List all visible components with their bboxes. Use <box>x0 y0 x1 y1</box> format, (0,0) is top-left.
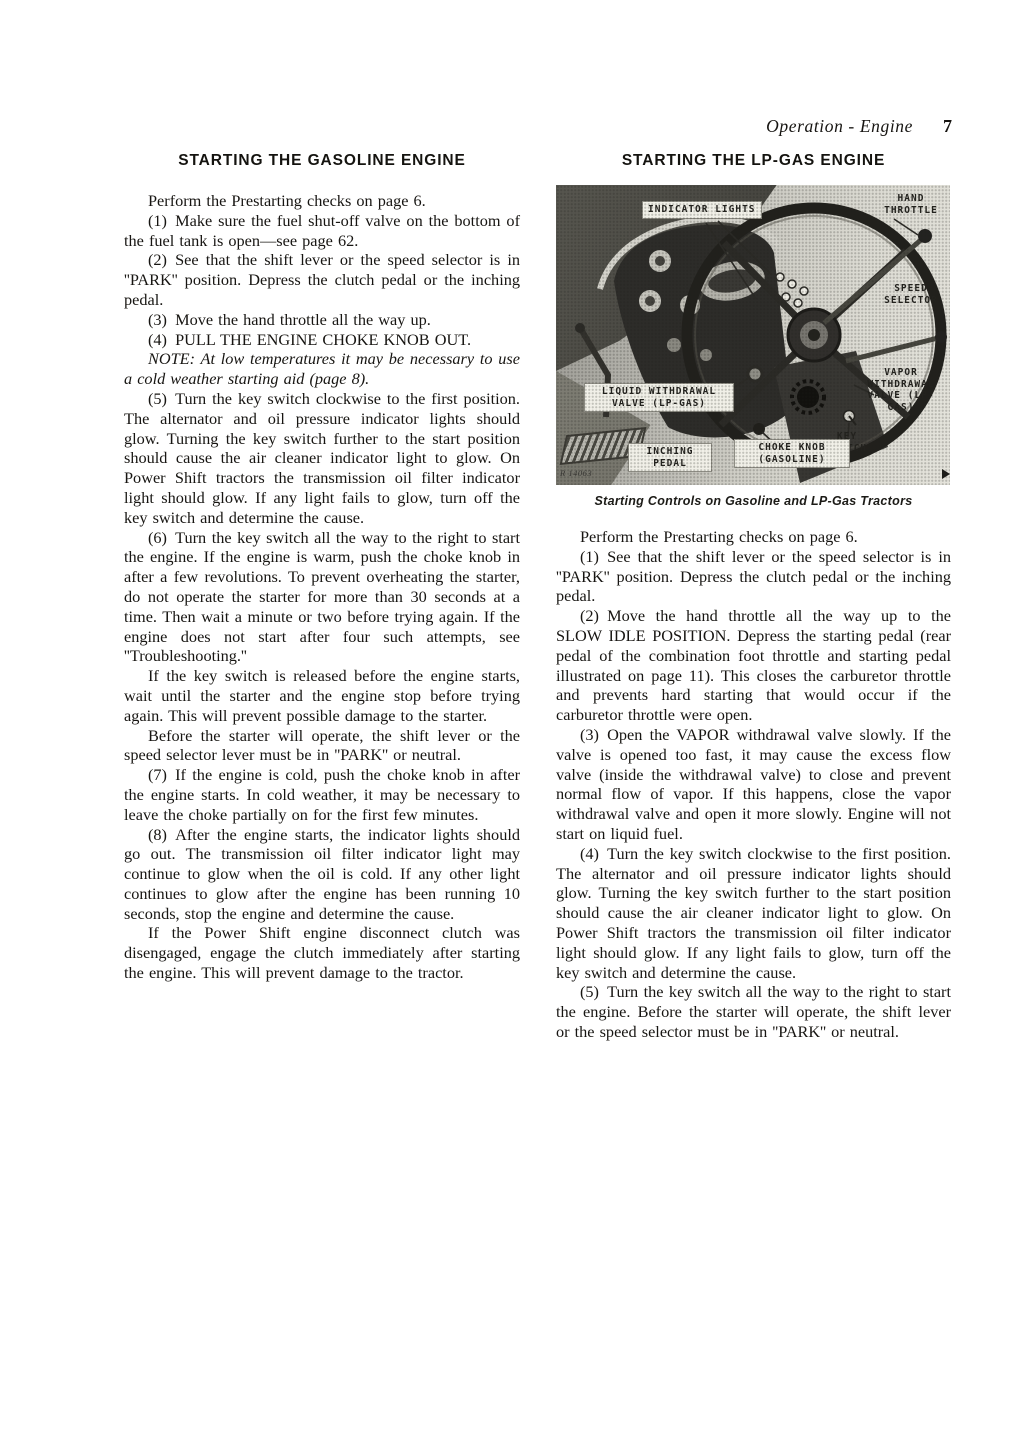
paragraph: (5) Turn the key switch all the way to t… <box>556 982 951 1041</box>
paragraph: (3) Open the VAPOR withdrawal valve slow… <box>556 725 951 844</box>
label-speed-selector: SPEED SELECTOR <box>872 283 950 306</box>
running-header: Operation - Engine7 <box>0 116 952 137</box>
paragraph: Perform the Prestarting checks on page 6… <box>556 527 951 547</box>
paragraph: If the key switch is released before the… <box>124 666 520 725</box>
paragraph: (1) See that the shift lever or the spee… <box>556 547 951 606</box>
manual-page: Operation - Engine7 STARTING THE GASOLIN… <box>0 0 1024 1449</box>
running-title: Operation - Engine <box>766 116 913 136</box>
page-number: 7 <box>943 116 952 136</box>
right-column: STARTING THE LP-GAS ENGINE <box>556 152 951 1042</box>
starting-controls-photo: INDICATOR LIGHTS HAND THROTTLE SPEED SEL… <box>556 185 950 485</box>
gasoline-section-text: Perform the Prestarting checks on page 6… <box>124 191 520 983</box>
label-liquid-withdrawal-valve: LIQUID WITHDRAWAL VALVE (LP-GAS) <box>584 383 734 412</box>
paragraph: (3) Move the hand throttle all the way u… <box>124 310 520 330</box>
label-hand-throttle: HAND THROTTLE <box>874 193 948 216</box>
gasoline-section-heading: STARTING THE GASOLINE ENGINE <box>124 152 520 170</box>
label-indicator-lights: INDICATOR LIGHTS <box>642 201 762 219</box>
paragraph: (5) Turn the key switch clockwise to the… <box>124 389 520 528</box>
paragraph: (2) See that the shift lever or the spee… <box>124 250 520 309</box>
note-paragraph: NOTE: At low temperatures it may be nece… <box>124 349 520 389</box>
paragraph: (1) Make sure the fuel shut-off valve on… <box>124 211 520 251</box>
paragraph: (2) Move the hand throttle all the way u… <box>556 606 951 725</box>
paragraph: Before the starter will operate, the shi… <box>124 726 520 766</box>
paragraph: Perform the Prestarting checks on page 6… <box>124 191 520 211</box>
paragraph: (6) Turn the key switch all the way to t… <box>124 528 520 667</box>
paragraph: If the Power Shift engine disconnect clu… <box>124 923 520 982</box>
paragraph: (7) If the engine is cold, push the chok… <box>124 765 520 824</box>
label-vapor-withdrawal-valve: VAPOR WITHDRAWAL VALVE (LP-GAS) <box>854 367 948 413</box>
paragraph: (8) After the engine starts, the indicat… <box>124 825 520 924</box>
lpgas-section-text: Perform the Prestarting checks on page 6… <box>556 527 951 1042</box>
paragraph: (4) PULL THE ENGINE CHOKE KNOB OUT. <box>124 330 520 350</box>
figure-caption: Starting Controls on Gasoline and LP-Gas… <box>556 494 951 508</box>
lpgas-section-heading: STARTING THE LP-GAS ENGINE <box>556 152 951 170</box>
paragraph: (4) Turn the key switch clockwise to the… <box>556 844 951 983</box>
starting-controls-figure: INDICATOR LIGHTS HAND THROTTLE SPEED SEL… <box>556 185 951 508</box>
left-column: STARTING THE GASOLINE ENGINE Perform the… <box>124 152 520 983</box>
photo-id: R 14063 <box>560 468 592 478</box>
label-choke-knob: CHOKE KNOB (GASOLINE) <box>734 439 850 468</box>
label-inching-pedal: INCHING PEDAL <box>628 443 712 472</box>
